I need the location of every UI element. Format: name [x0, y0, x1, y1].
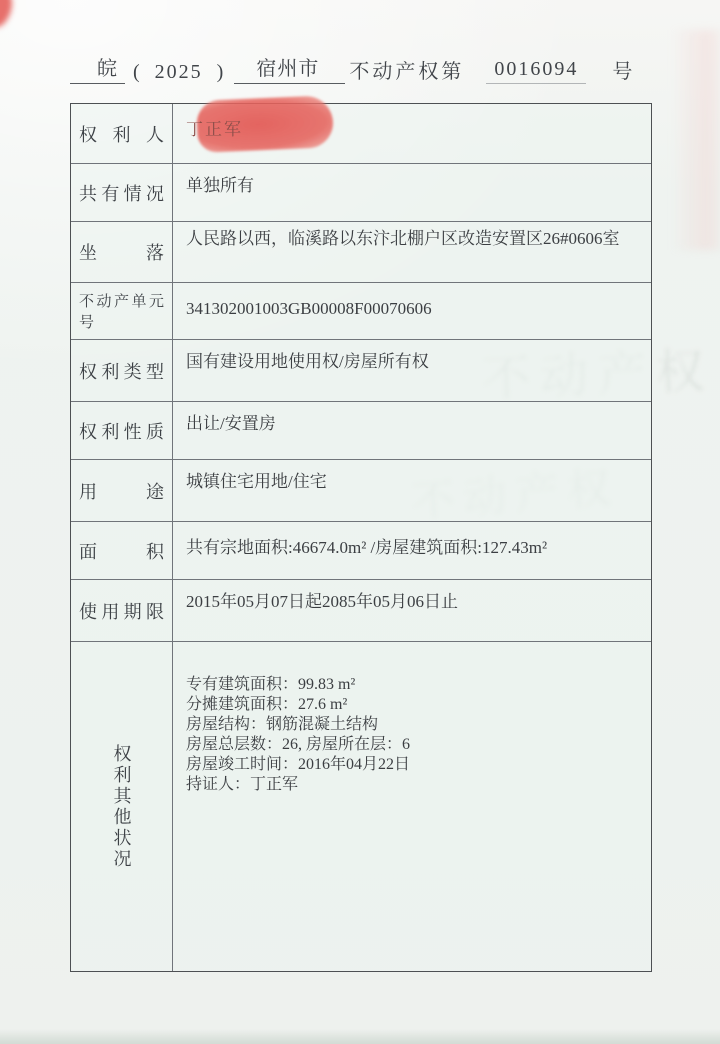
paren-open: (	[133, 61, 141, 84]
value-unit-number: 341302001003GB00008F00070606	[173, 283, 651, 339]
other-status-line: 房屋结构：钢筋混凝土结构	[186, 715, 645, 735]
table-row: 权利类型 国有建设用地使用权/房屋所有权	[71, 339, 651, 401]
label-rights-nature: 权利性质	[71, 402, 173, 459]
value-co-ownership: 单独所有	[173, 164, 651, 221]
value-rights-holder: 丁正军	[173, 104, 651, 163]
table-row: 权利其他状况 专有建筑面积：99.83 m² 分摊建筑面积：27.6 m² 房屋…	[71, 641, 651, 971]
table-row: 不动产单元号 341302001003GB00008F00070606	[71, 282, 651, 339]
label-other-rights-status: 权利其他状况	[71, 642, 173, 971]
certificate-number: 0016094	[486, 58, 586, 84]
paper-pink-streak	[672, 30, 720, 250]
table-row: 面积 共有宗地面积:46674.0m² /房屋建筑面积:127.43m²	[71, 521, 651, 579]
value-usage: 城镇住宅用地/住宅	[173, 460, 651, 521]
paren-close: )	[217, 61, 225, 84]
other-status-line: 房屋总层数：26, 房屋所在层：6	[186, 735, 645, 755]
table-row: 用途 城镇住宅用地/住宅	[71, 459, 651, 521]
value-rights-type: 国有建设用地使用权/房屋所有权	[173, 340, 651, 401]
label-co-ownership: 共有情况	[71, 164, 173, 221]
value-rights-nature: 出让/安置房	[173, 402, 651, 459]
table-row: 权利人 丁正军	[71, 104, 651, 163]
value-other-rights-status: 专有建筑面积：99.83 m² 分摊建筑面积：27.6 m² 房屋结构：钢筋混凝…	[173, 642, 651, 971]
other-status-line: 专有建筑面积：99.83 m²	[186, 675, 645, 695]
label-rights-type: 权利类型	[71, 340, 173, 401]
city-text: 宿州市	[256, 58, 319, 80]
table-row: 共有情况 单独所有	[71, 163, 651, 221]
paper-bottom-edge	[0, 1029, 720, 1044]
label-rights-holder: 权利人	[71, 104, 173, 163]
table-row: 坐落 人民路以西，临溪路以东汴北棚户区改造安置区26#0606室	[71, 221, 651, 282]
label-unit-number: 不动产单元号	[71, 283, 173, 339]
city-blank: 宿州市	[234, 52, 345, 84]
year-text: 2025	[155, 61, 203, 84]
value-location: 人民路以西，临溪路以东汴北棚户区改造安置区26#0606室	[173, 222, 651, 282]
value-usage-period: 2015年05月07日起2085年05月06日止	[173, 580, 651, 641]
other-status-line: 持证人：丁正军	[186, 775, 645, 795]
label-usage: 用途	[71, 460, 173, 521]
certificate-type-label: 不动产权第	[349, 55, 464, 84]
value-area: 共有宗地面积:46674.0m² /房屋建筑面积:127.43m²	[173, 522, 651, 579]
property-table: 权利人 丁正军 共有情况 单独所有 坐落 人民路以西，临溪路以东汴北棚户区改造安…	[70, 103, 652, 972]
certificate-page: 皖 ( 2025 ) 宿州市 不动产权第 0016094 号 不动产权 不动产权…	[0, 0, 720, 1044]
table-row: 使用期限 2015年05月07日起2085年05月06日止	[71, 579, 651, 641]
rights-holder-name: 丁正军	[186, 120, 243, 139]
other-status-line: 房屋竣工时间：2016年04月22日	[186, 755, 645, 775]
province-text: 皖	[97, 58, 118, 80]
table-row: 权利性质 出让/安置房	[71, 401, 651, 459]
label-usage-period: 使用期限	[71, 580, 173, 641]
label-area: 面积	[71, 522, 173, 579]
label-location: 坐落	[71, 222, 173, 282]
corner-red-smudge	[0, 0, 16, 30]
other-status-line: 分摊建筑面积：27.6 m²	[186, 695, 645, 715]
certificate-header: 皖 ( 2025 ) 宿州市 不动产权第 0016094 号	[70, 52, 633, 84]
province-blank: 皖	[70, 52, 125, 84]
number-suffix: 号	[612, 55, 633, 84]
